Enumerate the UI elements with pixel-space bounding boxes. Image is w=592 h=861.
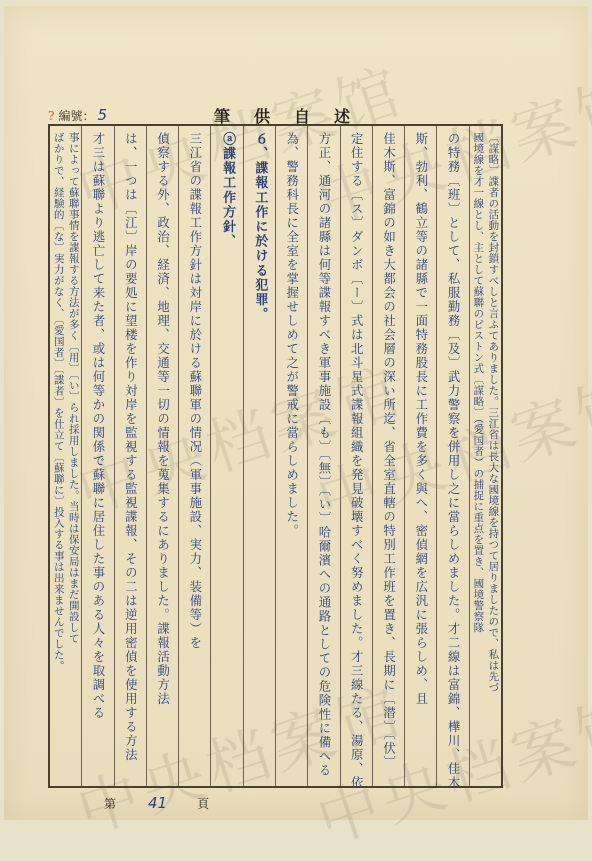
handwritten-line: 國境線を才一線とし、主として蘇聯のピストン式〔謀略〕（愛国者）の捕捉に重点を置き… — [470, 126, 485, 786]
handwritten-line: 事によって蘇聯事情を諜報する方法が多く〔用〕〔い〕られ採用しました。当時は保安局… — [66, 126, 81, 786]
handwritten-line: ばかりで、経験的〔な〕実力がなく、〔愛国者〕〔諜者〕を仕立て〔蘇聯に〕投入する事… — [51, 126, 66, 786]
handwritten-line: の特務〔班〕として、私服勤務〔及〕武力警察を併用し之に當らしめました。才二線は富… — [439, 126, 467, 786]
handwritten-line: 佳木斯、富錦の如き大都会の社会層の深い所迄、省全室直轄の特別工作班を置き、長期に… — [375, 126, 403, 786]
handwritten-line: 斯、勃利、鶴立等の諸縣で一面特務股長に工作費を多く與へ、密偵網を広汎に張らしめ、… — [407, 126, 435, 786]
manuscript-grid: 〔謀略〕諜者の活動を封鎖すべしと言ふてありました。三江省は長大な國境線を持つて居… — [48, 124, 503, 788]
handwritten-line: ⓐ諜報工作方針、 — [213, 126, 241, 786]
text-column: ６、諜報工作に於ける犯罪。 — [243, 126, 275, 786]
code-value: 5 — [97, 106, 107, 124]
code-label: 編號： — [58, 109, 94, 123]
handwritten-line: 為、警務科長に全室を掌握せしめて之が警戒に當らしめました。 — [278, 126, 306, 786]
text-column: の特務〔班〕として、私服勤務〔及〕武力警察を併用し之に當らしめました。才二線は富… — [436, 126, 468, 786]
handwritten-line: 三江省の諜報工作方針は対岸に於ける蘇聯軍の情况（軍事施設、実力、装備等）を — [181, 126, 209, 786]
document-code: ?編號：5 — [48, 106, 107, 124]
handwritten-line: 定住する〔ス〕ダンボ〔ー〕式は北斗星式諜報組織を発見破壊すべく努めました。才三線… — [342, 126, 370, 786]
document-page: 中央档案馆 中央档案馆 中央档案馆 中央档案馆 中央档案馆 中央档案馆 ?編號：… — [4, 6, 588, 820]
page-number: 41 — [148, 794, 167, 812]
page-footer: 第41頁 — [104, 794, 209, 812]
text-column: 〔謀略〕諜者の活動を封鎖すべしと言ふてありました。三江省は長大な國境線を持つて居… — [469, 126, 501, 786]
footer-suffix: 頁 — [197, 797, 209, 811]
red-mark-icon: ? — [48, 109, 54, 123]
handwritten-line: ６、諜報工作に於ける犯罪。 — [245, 126, 273, 786]
handwritten-line: 〔謀略〕諜者の活動を封鎖すべしと言ふてありました。三江省は長大な國境線を持つて居… — [485, 126, 500, 786]
text-column: 定住する〔ス〕ダンボ〔ー〕式は北斗星式諜報組織を発見破壊すべく努めました。才三線… — [340, 126, 372, 786]
text-column: 事によって蘇聯事情を諜報する方法が多く〔用〕〔い〕られ採用しました。当時は保安局… — [50, 126, 81, 786]
text-column: ⓐ諜報工作方針、 — [210, 126, 242, 786]
text-column: 為、警務科長に全室を掌握せしめて之が警戒に當らしめました。 — [275, 126, 307, 786]
text-column: は、一つは〔江〕岸の要処に望楼を作り対岸を監視する監視諜報、その二は逆用密偵を使… — [114, 126, 146, 786]
handwritten-line: 偵察する外、政治、経済、地理、交通等一切の情報を蒐集するにありました。諜報活動方… — [149, 126, 177, 786]
text-column: 斯、勃利、鶴立等の諸縣で一面特務股長に工作費を多く與へ、密偵網を広汎に張らしめ、… — [404, 126, 436, 786]
handwritten-line: 方正、通河の諸縣は何等諜報すべき軍事施設〔も〕〔無〕〔い〕哈爾濱への通路としての… — [310, 126, 338, 786]
handwritten-line: は、一つは〔江〕岸の要処に望楼を作り対岸を監視する監視諜報、その二は逆用密偵を使… — [116, 126, 144, 786]
text-column: 才三は蘇聯より逃亡して来た者、或は何等かの関係で蘇聯に居住した事のある人々を取調… — [81, 126, 113, 786]
text-column: 方正、通河の諸縣は何等諜報すべき軍事施設〔も〕〔無〕〔い〕哈爾濱への通路としての… — [307, 126, 339, 786]
text-column: 偵察する外、政治、経済、地理、交通等一切の情報を蒐集するにありました。諜報活動方… — [146, 126, 178, 786]
footer-prefix: 第 — [104, 797, 116, 811]
text-column: 三江省の諜報工作方針は対岸に於ける蘇聯軍の情况（軍事施設、実力、装備等）を — [178, 126, 210, 786]
text-column: 佳木斯、富錦の如き大都会の社会層の深い所迄、省全室直轄の特別工作班を置き、長期に… — [372, 126, 404, 786]
handwritten-line: 才三は蘇聯より逃亡して来た者、或は何等かの関係で蘇聯に居住した事のある人々を取調… — [84, 126, 112, 786]
